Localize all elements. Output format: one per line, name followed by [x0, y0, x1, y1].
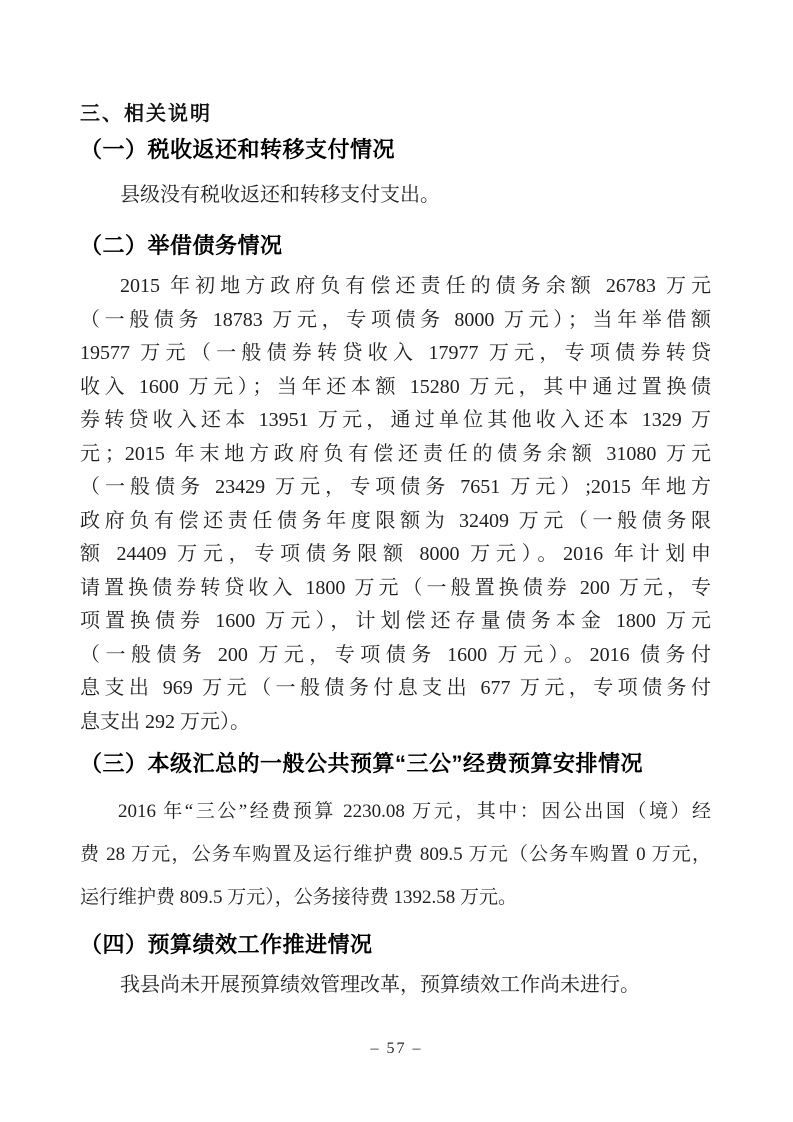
paragraph-line: 费 28 万元，公务车购置及运行维护费 809.5 万元（公务车购置 0 万元，	[80, 833, 711, 876]
paragraph-line: 项置换债券 1600 万元），计划偿还存量债务本金 1800 万元	[80, 605, 711, 639]
section-heading-3: （三）本级汇总的一般公共预算“三公”经费预算安排情况	[80, 752, 711, 776]
section-paragraph-3: 2016 年“三公”经费预算 2230.08 万元，其中：因公出国（境）经费 2…	[80, 790, 711, 919]
section-heading-4: （四）预算绩效工作推进情况	[80, 933, 711, 957]
paragraph-line: 额 24409 万元，专项债务限额 8000 万元）。2016 年计划申	[80, 538, 711, 572]
paragraph-line: 2015 年初地方政府负有偿还责任的债务余额 26783 万元	[80, 270, 711, 304]
section-three-public-expenses: （三）本级汇总的一般公共预算“三公”经费预算安排情况 2016 年“三公”经费预…	[80, 752, 711, 919]
paragraph-line: 收入 1600 万元）；当年还本额 15280 万元，其中通过置换债	[80, 371, 711, 405]
paragraph-line: 元；2015 年末地方政府负有偿还责任的债务余额 31080 万元	[80, 438, 711, 472]
paragraph-line: 券转贷收入还本 13951 万元，通过单位其他收入还本 1329 万	[80, 404, 711, 438]
section-tax-rebate-transfer: （一）税收返还和转移支付情况 县级没有税收返还和转移支付支出。	[80, 138, 711, 212]
paragraph-line: 息支出 292 万元）。	[80, 706, 711, 740]
paragraph-line: 县级没有税收返还和转移支付支出。	[80, 178, 711, 212]
section-budget-performance: （四）预算绩效工作推进情况 我县尚未开展预算绩效管理改革，预算绩效工作尚未进行。	[80, 933, 711, 1002]
paragraph-line: （一般债务 200 万元，专项债务 1600 万元）。2016 债务付	[80, 639, 711, 673]
section-heading-2: （二）举借债务情况	[80, 234, 711, 258]
paragraph-line: 我县尚未开展预算绩效管理改革，预算绩效工作尚未进行。	[80, 969, 711, 1002]
section-paragraph-1: 县级没有税收返还和转移支付支出。	[80, 178, 711, 212]
section-paragraph-4: 我县尚未开展预算绩效管理改革，预算绩效工作尚未进行。	[80, 969, 711, 1002]
section-paragraph-2: 2015 年初地方政府负有偿还责任的债务余额 26783 万元（一般债务 187…	[80, 270, 711, 739]
paragraph-line: 息支出 969 万元（一般债务付息支出 677 万元，专项债务付	[80, 672, 711, 706]
page-number: – 57 –	[371, 1040, 423, 1057]
section-heading-1: （一）税收返还和转移支付情况	[80, 138, 711, 162]
section-debt-borrowing: （二）举借债务情况 2015 年初地方政府负有偿还责任的债务余额 26783 万…	[80, 234, 711, 739]
paragraph-line: 政府负有偿还责任债务年度限额为 32409 万元（一般债务限	[80, 505, 711, 539]
chapter-title: 三、相关说明	[80, 103, 711, 125]
paragraph-line: （一般债务 23429 万元，专项债务 7651 万元）;2015 年地方	[80, 471, 711, 505]
paragraph-line: 19577 万元（一般债券转贷收入 17977 万元，专项债券转贷	[80, 337, 711, 371]
paragraph-line: 请置换债券转贷收入 1800 万元（一般置换债券 200 万元，专	[80, 572, 711, 606]
paragraph-line: （一般债务 18783 万元，专项债务 8000 万元）；当年举借额	[80, 304, 711, 338]
paragraph-line: 运行维护费 809.5 万元），公务接待费 1392.58 万元。	[80, 876, 711, 919]
paragraph-line: 2016 年“三公”经费预算 2230.08 万元，其中：因公出国（境）经	[80, 790, 711, 833]
page-footer: – 57 –	[0, 1040, 793, 1058]
document-page: 三、相关说明 （一）税收返还和转移支付情况 县级没有税收返还和转移支付支出。 （…	[0, 0, 793, 1122]
